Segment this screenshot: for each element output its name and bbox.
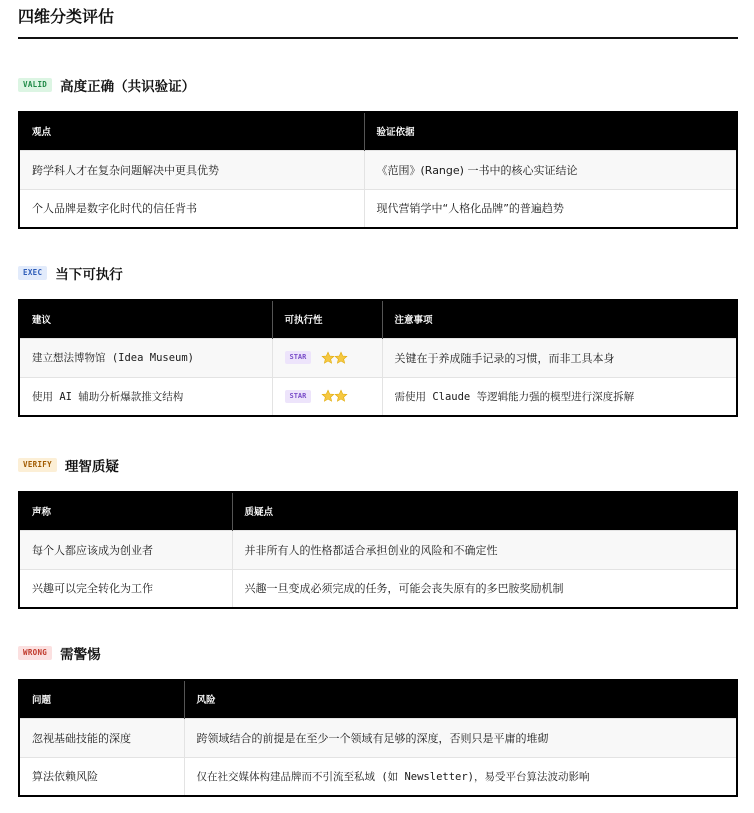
wrong-badge: WRONG: [18, 646, 52, 660]
table-cell: 兴趣一旦变成必须完成的任务，可能会丧失原有的多巴胺奖励机制: [232, 569, 737, 608]
column-header: 验证依据: [364, 112, 737, 150]
table-cell: 跨领域结合的前提是在至少一个领域有足够的深度，否则只是平庸的堆砌: [184, 718, 737, 757]
section-heading-verify: VERIFY 理智质疑: [18, 455, 119, 475]
column-header: 注意事项: [382, 300, 737, 338]
star-icon: [321, 351, 335, 365]
table-row: 跨学科人才在复杂问题解决中更具优势 《范围》(Range) 一书中的核心实证结论: [19, 150, 737, 189]
title-divider: [18, 37, 738, 39]
star-icon: [321, 389, 335, 403]
table-row: 忽视基础技能的深度 跨领域结合的前提是在至少一个领域有足够的深度，否则只是平庸的…: [19, 718, 737, 757]
table-cell: 仅在社交媒体构建品牌而不引流至私域 (如 Newsletter)，易受平台算法波…: [184, 757, 737, 796]
star-rating: [321, 351, 347, 365]
table-cell: 建立想法博物馆 (Idea Museum): [19, 338, 272, 377]
table-cell: 《范围》(Range) 一书中的核心实证结论: [364, 150, 737, 189]
table-cell: 忽视基础技能的深度: [19, 718, 184, 757]
rating-cell: STAR: [272, 338, 382, 377]
column-header: 问题: [19, 680, 184, 718]
verify-badge: VERIFY: [18, 458, 57, 472]
star-rating: [321, 389, 347, 403]
table-row: 个人品牌是数字化时代的信任背书 现代营销学中“人格化品牌”的普遍趋势: [19, 189, 737, 228]
column-header: 风险: [184, 680, 737, 718]
column-header: 质疑点: [232, 492, 737, 530]
section-title: 高度正确（共识验证）: [60, 75, 195, 95]
table-row: 兴趣可以完全转化为工作 兴趣一旦变成必须完成的任务，可能会丧失原有的多巴胺奖励机…: [19, 569, 737, 608]
table-cell: 现代营销学中“人格化品牌”的普遍趋势: [364, 189, 737, 228]
table-cell: 关键在于养成随手记录的习惯，而非工具本身: [382, 338, 737, 377]
table-cell: 需使用 Claude 等逻辑能力强的模型进行深度拆解: [382, 377, 737, 416]
exec-table: 建议 可执行性 注意事项 建立想法博物馆 (Idea Museum) STAR …: [18, 299, 738, 417]
table-header-row: 问题 风险: [19, 680, 737, 718]
table-header-row: 建议 可执行性 注意事项: [19, 300, 737, 338]
star-badge: STAR: [285, 351, 312, 364]
column-header: 可执行性: [272, 300, 382, 338]
column-header: 观点: [19, 112, 364, 150]
table-row: 使用 AI 辅助分析爆款推文结构 STAR 需使用 Claude 等逻辑能力强的…: [19, 377, 737, 416]
valid-table: 观点 验证依据 跨学科人才在复杂问题解决中更具优势 《范围》(Range) 一书…: [18, 111, 738, 229]
rating-cell: STAR: [272, 377, 382, 416]
table-cell: 每个人都应该成为创业者: [19, 530, 232, 569]
valid-badge: VALID: [18, 78, 52, 92]
page-title: 四维分类评估: [18, 6, 114, 28]
section-title: 需警惕: [60, 643, 101, 663]
star-icon: [334, 351, 348, 365]
table-row: 建立想法博物馆 (Idea Museum) STAR 关键在于养成随手记录的习惯…: [19, 338, 737, 377]
table-row: 算法依赖风险 仅在社交媒体构建品牌而不引流至私域 (如 Newsletter)，…: [19, 757, 737, 796]
table-cell: 兴趣可以完全转化为工作: [19, 569, 232, 608]
column-header: 建议: [19, 300, 272, 338]
verify-table: 声称 质疑点 每个人都应该成为创业者 并非所有人的性格都适合承担创业的风险和不确…: [18, 491, 738, 609]
section-heading-exec: EXEC 当下可执行: [18, 263, 123, 283]
table-row: 每个人都应该成为创业者 并非所有人的性格都适合承担创业的风险和不确定性: [19, 530, 737, 569]
star-badge: STAR: [285, 390, 312, 403]
table-header-row: 观点 验证依据: [19, 112, 737, 150]
table-header-row: 声称 质疑点: [19, 492, 737, 530]
table-cell: 跨学科人才在复杂问题解决中更具优势: [19, 150, 364, 189]
section-heading-valid: VALID 高度正确（共识验证）: [18, 75, 195, 95]
table-cell: 算法依赖风险: [19, 757, 184, 796]
star-icon: [334, 389, 348, 403]
column-header: 声称: [19, 492, 232, 530]
wrong-table: 问题 风险 忽视基础技能的深度 跨领域结合的前提是在至少一个领域有足够的深度，否…: [18, 679, 738, 797]
exec-badge: EXEC: [18, 266, 47, 280]
section-title: 理智质疑: [65, 455, 119, 475]
table-cell: 并非所有人的性格都适合承担创业的风险和不确定性: [232, 530, 737, 569]
section-title: 当下可执行: [55, 263, 123, 283]
table-cell: 个人品牌是数字化时代的信任背书: [19, 189, 364, 228]
section-heading-wrong: WRONG 需警惕: [18, 643, 101, 663]
table-cell: 使用 AI 辅助分析爆款推文结构: [19, 377, 272, 416]
